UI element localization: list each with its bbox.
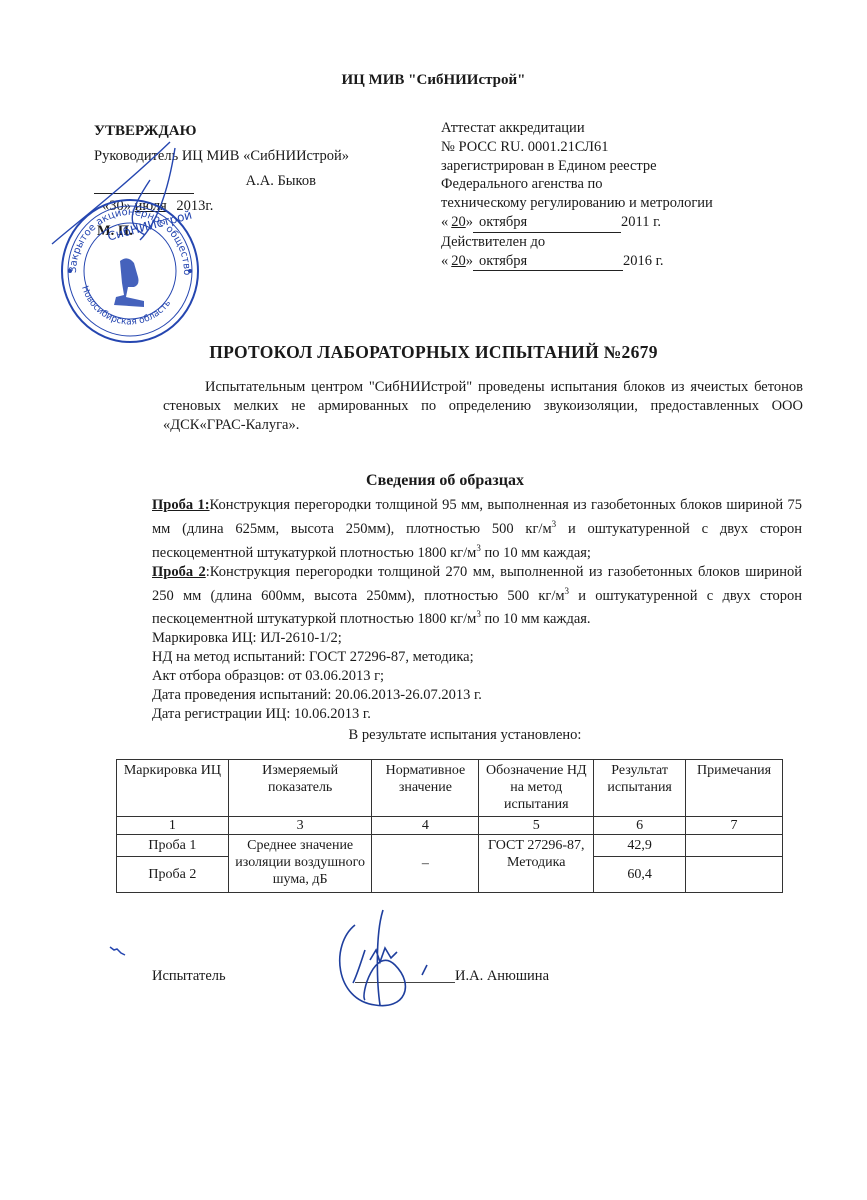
sampling-act: Акт отбора образцов: от 03.06.2013 г; [152,667,802,686]
table-header-row: Маркировка ИЦ Измеряемый показатель Норм… [117,760,783,817]
test-method: НД на метод испытаний: ГОСТ 27296-87, ме… [152,648,802,667]
sample-2-label: Проба 2 [152,564,206,580]
column-header: Обозначение НД на метод испытания [479,760,594,817]
tester-signature-icon [335,905,445,1015]
column-header: Измеряемый показатель [228,760,372,817]
approver-signature-icon [50,140,190,250]
tester-name: И.А. Анюшина [455,968,549,985]
test-dates: Дата проведения испытаний: 20.06.2013-26… [152,686,802,705]
normative-cell: – [372,835,479,893]
approval-signer: А.А. Быков [246,173,316,189]
row-marking: Проба 2 [117,857,229,893]
accreditation-valid-date: «20»октября2016 г. [441,252,713,272]
samples-title: Сведения об образцах [0,472,867,490]
method-cell: ГОСТ 27296-87, Методика [479,835,594,893]
registration-date: Дата регистрации ИЦ: 10.06.2013 г. [152,705,802,724]
column-header: Маркировка ИЦ [117,760,229,817]
results-caption: В результате испытания установлено: [0,727,867,744]
accreditation-block: Аттестат аккредитации № РОСС RU. 0001.21… [441,119,713,271]
accreditation-registered-date: «20»октября2011 г. [441,213,713,233]
column-header: Результат испытания [594,760,686,817]
tester-label: Испытатель [152,968,226,985]
row-note [686,857,783,893]
column-header: Нормативное значение [372,760,479,817]
table-row: Проба 1 Среднее значение изоляции воздуш… [117,835,783,857]
row-result: 60,4 [594,857,686,893]
indicator-cell: Среднее значение изоляции воздушного шум… [228,835,372,893]
samples-info: Проба 1:Конструкция перегородки толщиной… [152,496,802,724]
row-marking: Проба 1 [117,835,229,857]
sample-2: Проба 2:Конструкция перегородки толщиной… [152,563,802,630]
row-note [686,835,783,857]
accreditation-line: техническому регулированию и метрологии [441,194,713,213]
organization-header: ИЦ МИВ "СибНИИстрой" [0,72,867,89]
accreditation-line: Федерального агенства по [441,175,713,194]
accreditation-number: № РОСС RU. 0001.21СЛ61 [441,138,713,157]
protocol-intro: Испытательным центром "СибНИИстрой" пров… [163,378,803,435]
marking: Маркировка ИЦ: ИЛ-2610-1/2; [152,629,802,648]
accreditation-line: зарегистрирован в Едином реестре [441,157,713,176]
accreditation-line: Аттестат аккредитации [441,119,713,138]
protocol-title: ПРОТОКОЛ ЛАБОРАТОРНЫХ ИСПЫТАНИЙ №2679 [0,342,867,363]
sample-1: Проба 1:Конструкция перегородки толщиной… [152,496,802,563]
row-result: 42,9 [594,835,686,857]
column-header: Примечания [686,760,783,817]
results-table: Маркировка ИЦ Измеряемый показатель Норм… [116,759,783,893]
sample-1-label: Проба 1: [152,497,210,513]
ink-mark-icon [108,945,128,959]
table-column-numbers-row: 1 3 4 5 6 7 [117,817,783,835]
accreditation-valid-label: Действителен до [441,233,713,252]
